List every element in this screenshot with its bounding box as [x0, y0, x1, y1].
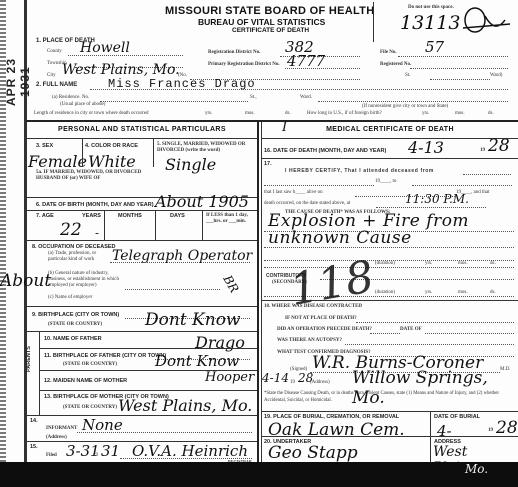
certify-line-2: 19____, to [375, 179, 396, 184]
duration-ds-2: ds. [490, 290, 496, 295]
mother-birthplace-state-label: (STATE OR COUNTRY) [63, 405, 117, 410]
date-of-death-year-prefix: 19 [480, 148, 485, 153]
informant-line [77, 432, 252, 433]
primary-registration-line [285, 68, 360, 69]
rule [202, 210, 203, 240]
residence-ward-line [318, 101, 508, 102]
sex-value: Female [28, 152, 87, 171]
rule [82, 139, 83, 167]
birthplace-state-label: (STATE OR COUNTRY) [48, 322, 102, 327]
primary-registration-label: Primary Registration District No. [208, 62, 280, 67]
birthplace-value: Dont Know [145, 310, 240, 330]
father-birthplace-state-label: (STATE OR COUNTRY) [63, 362, 117, 367]
duration-label-2: (duration) [375, 290, 395, 295]
operation-line [370, 333, 400, 334]
registered-no-label: Registered No. [380, 62, 411, 67]
race-value: White [88, 152, 136, 171]
occupation-b-line [125, 289, 220, 290]
mother-name-label: 12. MAIDEN NAME OF MOTHER [44, 378, 127, 384]
occupation-label: 8. OCCUPATION OF DECEASED [32, 244, 116, 250]
informant-number: 14. [30, 418, 38, 424]
city-label: City [47, 73, 56, 78]
mother-birthplace-value: West Plains, Mo. [118, 396, 252, 415]
rule [153, 139, 154, 167]
marital-value: Single [165, 155, 216, 174]
full-name-line [90, 89, 508, 90]
rule [39, 390, 257, 391]
sex-label: 3. SEX [36, 143, 53, 149]
duration-yrs: yrs. [425, 261, 432, 266]
rule [261, 436, 518, 437]
rule [26, 210, 257, 211]
ward-line [430, 79, 490, 80]
marital-label: 5. SINGLE, MARRIED, WIDOWED OR DIVORCED … [157, 142, 255, 154]
occupation-initials: BR [220, 273, 241, 295]
rule [261, 138, 518, 139]
date-of-death-value: 4-13 [408, 138, 444, 157]
death-certificate: APR 23 1931 About MISSOURI STATE BOARD O… [0, 0, 518, 487]
occupation-a-label: (a) Trade, profession, or particular kin… [48, 251, 110, 263]
signature-year-prefix: 19 [290, 380, 295, 385]
length-ds-label: ds. [285, 111, 291, 116]
last-seen-label: that I last saw h____ alive on [264, 190, 323, 195]
operation-date-label: DATE OF [400, 327, 422, 332]
age-days-label: DAYS [170, 213, 185, 219]
disease-contracted-label: 18. WHERE WAS DISEASE CONTRACTED [264, 304, 362, 309]
item-17-number: 17. [264, 161, 272, 167]
time-line [376, 207, 486, 208]
rule [26, 240, 257, 241]
file-no-value: 57 [425, 38, 444, 56]
autopsy-line [345, 344, 514, 345]
residence-st-label: St., [250, 95, 257, 100]
burial-date-value: 4- [437, 422, 452, 440]
birthplace-label: 9. BIRTHPLACE (CITY OR TOWN) [32, 312, 119, 318]
registered-no-line [410, 68, 508, 69]
attended-from-line [463, 174, 511, 175]
city-value: West Plains, Mo. [62, 62, 180, 78]
filed-label: Filed [46, 453, 57, 458]
rule [155, 210, 156, 240]
filed-year: 31 [101, 442, 120, 460]
informant-label: INFORMANT [46, 426, 77, 431]
age-years-label: YEARS [82, 213, 101, 219]
cause-of-death-line-2: unknown Cause [268, 228, 412, 248]
file-no-label: File No. [380, 50, 397, 55]
operation-date-line [425, 333, 514, 334]
nonresident-note: (If nonresident give city or town and St… [362, 104, 448, 109]
registration-district-label: Registration District No. [208, 50, 260, 55]
rule [26, 138, 257, 139]
contracted-line [356, 322, 514, 323]
rule [104, 210, 105, 240]
filed-number: 15. [30, 444, 38, 450]
received-date-stamp: APR 23 1931 [4, 42, 26, 122]
age-months-label: MONTHS [118, 213, 142, 219]
burial-date-label: DATE OF BURIAL [434, 414, 480, 420]
not-at-place-label: IF NOT AT PLACE OF DEATH? [285, 316, 357, 321]
spouse-label: 5a. IF MARRIED, WIDOWED, OR DIVORCED HUS… [36, 170, 156, 182]
informant-address-label: (Address) [46, 435, 67, 440]
signer-address-label: (Address) [310, 380, 330, 385]
certificate-title: CERTIFICATE OF DEATH [232, 27, 309, 34]
center-divider [257, 122, 259, 462]
undertaker-value: Geo Stapp [268, 443, 358, 463]
occupation-b-label: (b) General nature of industry, business… [48, 271, 126, 289]
county-label: County [47, 49, 62, 54]
race-label: 4. COLOR OR RACE [85, 143, 138, 149]
length-mos-label: mos. [245, 111, 255, 116]
date-of-death-year: 28 [488, 136, 510, 156]
burial-year: 28 [496, 418, 518, 438]
duration-label: (duration) [375, 261, 395, 266]
occupation-c-label: (c) Name of employer [48, 295, 92, 300]
attended-to-line [412, 185, 512, 186]
dob-value: About 1905 [155, 192, 249, 211]
parents-side-label: PARENTS [26, 346, 32, 372]
medical-section-title: MEDICAL CERTIFICATE OF DEATH [262, 126, 518, 133]
occupation-a-line [110, 262, 250, 263]
cause-line-2 [264, 247, 514, 248]
age-label: 7. AGE [36, 213, 54, 219]
full-name-label: 2. FULL NAME [36, 82, 77, 88]
parents-divider [39, 331, 40, 415]
rule [26, 415, 257, 416]
autopsy-label: WAS THERE AN AUTOPSY? [277, 338, 342, 343]
undertaker-address-line-2: Mo. [465, 462, 488, 476]
signature-date: 4-14 [262, 371, 289, 385]
rule [26, 331, 257, 332]
scribble-mark-icon [455, 6, 515, 36]
burial-place-value: Oak Lawn Cem. [268, 420, 405, 440]
length-yrs-label: yrs. [205, 111, 212, 116]
residence-sub-label: (Usual place of abode) [60, 102, 105, 107]
father-name-value: Drago [195, 333, 245, 352]
personal-section-title: PERSONAL AND STATISTICAL PARTICULARS [28, 126, 256, 133]
rule [26, 306, 257, 307]
rule [261, 300, 518, 301]
us-yrs-label: yrs. [422, 111, 429, 116]
age-years-value: 22 [60, 220, 82, 240]
rule [261, 158, 518, 159]
duration-mos-2: mos. [458, 290, 468, 295]
age-months-value: - [95, 226, 99, 240]
length-of-residence-label: Length of residence in city or town wher… [34, 111, 149, 116]
board-title: MISSOURI STATE BOARD OF HEALTH [165, 5, 374, 17]
time-of-death: 11:30 P.M. [405, 192, 469, 206]
dob-label: 6. DATE OF BIRTH (MONTH, DAY AND YEAR) [36, 202, 154, 208]
attended-line-a [264, 185, 374, 186]
us-ds-label: ds. [488, 111, 494, 116]
cause-footnote: *State the Disease Causing Death, or in … [264, 390, 500, 404]
father-birthplace-label: 11. BIRTHPLACE OF FATHER (CITY OR TOWN) [44, 353, 166, 359]
death-occurred-label: death occurred, on the date stated above… [264, 201, 350, 206]
certify-statement: I HEREBY CERTIFY, That I attended deceas… [285, 168, 434, 174]
bureau-title: BUREAU OF VITAL STATISTICS [198, 17, 325, 27]
file-no-line [398, 56, 508, 57]
us-mos-label: mos. [455, 111, 465, 116]
do-not-use-label: Do not use this space. [408, 5, 454, 10]
mother-name-value: Hooper [205, 370, 254, 385]
residence-label: (a) Residence. No. [52, 95, 89, 100]
header-divider [373, 2, 374, 42]
years-in-us-label: How long in U.S., if of foreign birth? [307, 111, 382, 116]
father-name-label: 10. NAME OF FATHER [44, 336, 102, 342]
margin-age-note: About [0, 271, 51, 291]
burial-year-prefix: 19 [488, 428, 493, 433]
scan-bottom-edge [0, 462, 518, 487]
filed-year-prefix: 19 [93, 453, 98, 458]
county-value: Howell [80, 40, 130, 56]
date-of-death-label: 16. DATE OF DEATH (MONTH, DAY AND YEAR) [264, 148, 386, 154]
age-less-than-day-label: If LESS than 1 day, ___hrs. or ___min. [206, 213, 256, 225]
state-file-number: 13113 [400, 12, 460, 34]
operation-label: DID AN OPERATION PRECEDE DEATH? [277, 327, 372, 332]
residence-ward-label: Ward. [300, 95, 312, 100]
section-rule [26, 120, 518, 122]
duration-ds: ds. [490, 261, 496, 266]
duration-mos: mos. [458, 261, 468, 266]
st-label: St. [405, 73, 410, 78]
rule [39, 348, 257, 349]
ward-label: Ward) [490, 73, 502, 78]
father-birthplace-value: Dont Know [155, 352, 239, 370]
residence-line [100, 101, 248, 102]
duration-yrs-2: yrs. [425, 290, 432, 295]
rule [261, 411, 518, 412]
